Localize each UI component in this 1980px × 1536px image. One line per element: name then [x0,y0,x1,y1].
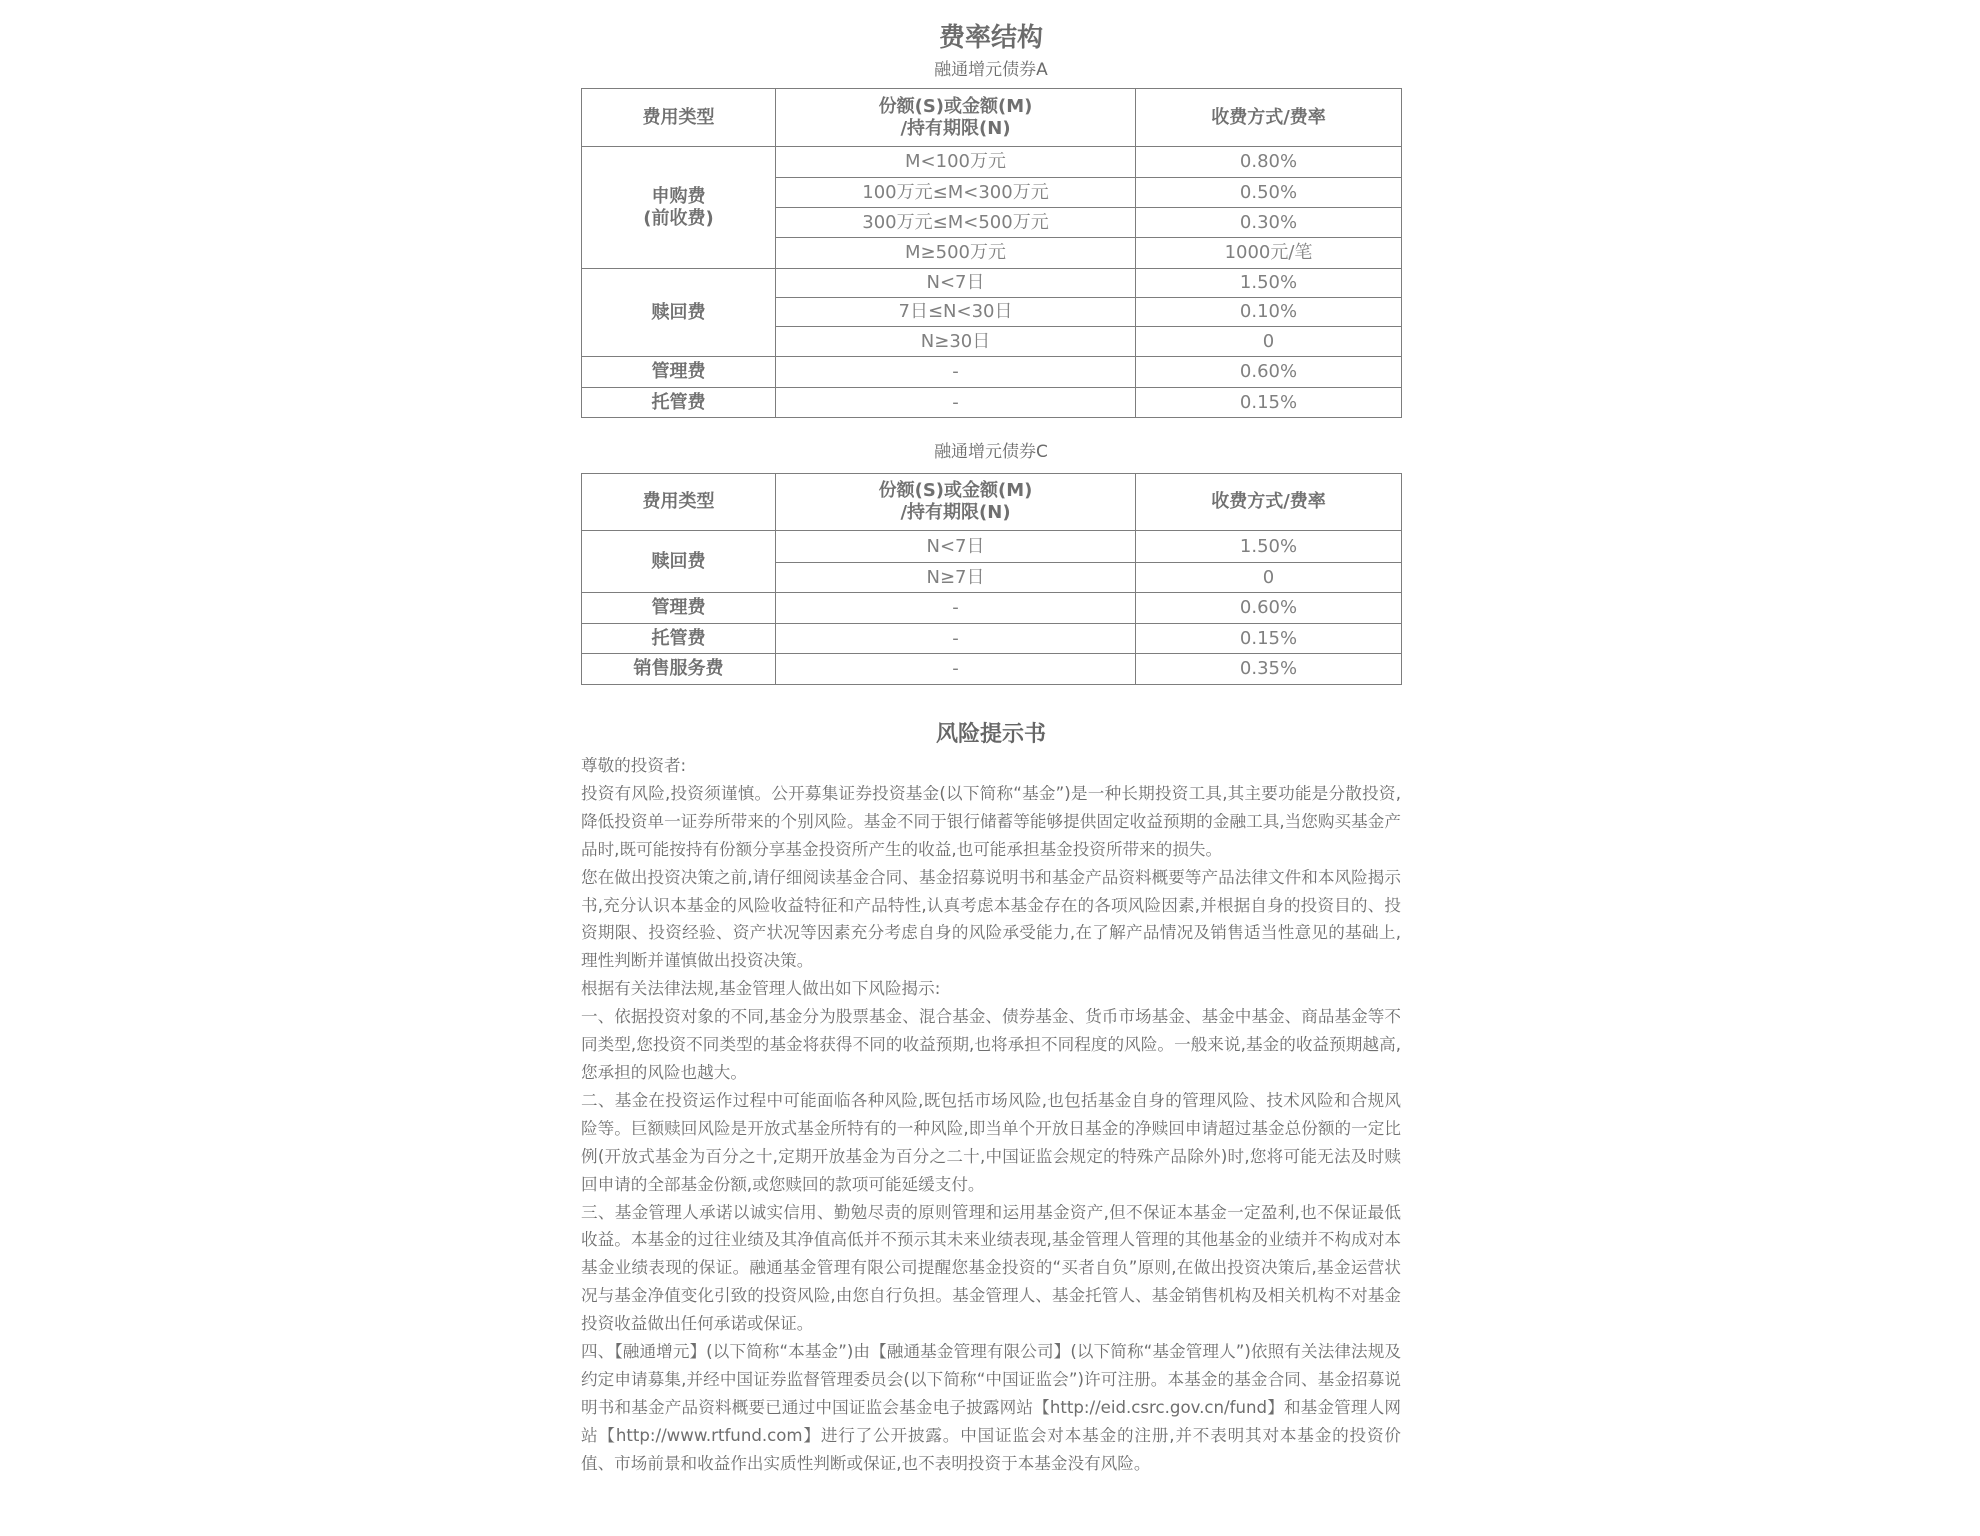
risk-paragraph-lead: 根据有关法律法规,基金管理人做出如下风险揭示: [581,975,1401,1003]
risk-paragraph-3: 三、基金管理人承诺以诚实信用、勤勉尽责的原则管理和运用基金资产,但不保证本基金一… [581,1199,1401,1339]
range-cell: - [776,357,1136,388]
fee-type-label: 申购费 [582,186,775,208]
fee-type-subscription: 申购费 (前收费) [582,147,776,269]
range-cell: 300万元≤M<500万元 [776,208,1136,238]
header-fee-type: 费用类型 [582,89,776,147]
header-range-line1: 份额(S)或金额(M) [776,96,1135,118]
range-cell: - [776,388,1136,418]
range-cell: - [776,593,1136,624]
fee-type-sublabel: (前收费) [582,208,775,230]
header-fee-type: 费用类型 [582,474,776,531]
header-rate: 收费方式/费率 [1136,474,1402,531]
rate-cell: 1.50% [1136,531,1402,563]
table-row: 托管费 - 0.15% [582,624,1402,654]
risk-paragraph-intro: 投资有风险,投资须谨慎。公开募集证券投资基金(以下简称“基金”)是一种长期投资工… [581,780,1401,864]
rate-cell: 0 [1136,327,1402,357]
rate-cell: 0.50% [1136,178,1402,208]
table-row: 赎回费 N<7日 1.50% [582,531,1402,563]
range-cell: M<100万元 [776,147,1136,178]
fee-type-redemption: 赎回费 [582,531,776,593]
header-rate: 收费方式/费率 [1136,89,1402,147]
fee-type-sales-service: 销售服务费 [582,654,776,685]
table-header-row: 费用类型 份额(S)或金额(M) /持有期限(N) 收费方式/费率 [582,89,1402,147]
table-row: 管理费 - 0.60% [582,593,1402,624]
fee-table-a: 费用类型 份额(S)或金额(M) /持有期限(N) 收费方式/费率 申购费 (前… [581,88,1402,418]
rate-cell: 1.50% [1136,269,1402,298]
rate-cell: 0.35% [1136,654,1402,685]
salutation: 尊敬的投资者: [581,752,1401,780]
range-cell: N<7日 [776,269,1136,298]
fee-type-custody: 托管费 [582,388,776,418]
rate-cell: 0.60% [1136,593,1402,624]
rate-cell: 0.15% [1136,388,1402,418]
range-cell: - [776,654,1136,685]
header-range-line2: /持有期限(N) [776,502,1135,524]
risk-paragraph-4: 四、【融通增元】(以下简称“本基金”)由【融通基金管理有限公司】(以下简称“基金… [581,1338,1401,1478]
range-cell: - [776,624,1136,654]
risk-paragraph-advice: 您在做出投资决策之前,请仔细阅读基金合同、基金招募说明书和基金产品资料概要等产品… [581,864,1401,976]
rate-cell: 0 [1136,563,1402,593]
header-range: 份额(S)或金额(M) /持有期限(N) [776,474,1136,531]
header-range: 份额(S)或金额(M) /持有期限(N) [776,89,1136,147]
rate-cell: 0.15% [1136,624,1402,654]
rate-cell: 0.10% [1136,298,1402,327]
rate-cell: 1000元/笔 [1136,238,1402,269]
header-range-line2: /持有期限(N) [776,118,1135,140]
risk-paragraph-1: 一、依据投资对象的不同,基金分为股票基金、混合基金、债券基金、货币市场基金、基金… [581,1003,1401,1087]
range-cell: N≥30日 [776,327,1136,357]
range-cell: N≥7日 [776,563,1136,593]
range-cell: 7日≤N<30日 [776,298,1136,327]
table-header-row: 费用类型 份额(S)或金额(M) /持有期限(N) 收费方式/费率 [582,474,1402,531]
fee-structure-title: 费率结构 [581,20,1401,56]
risk-paragraph-2: 二、基金在投资运作过程中可能面临各种风险,既包括市场风险,也包括基金自身的管理风… [581,1087,1401,1199]
fee-type-custody: 托管费 [582,624,776,654]
table-row: 销售服务费 - 0.35% [582,654,1402,685]
fund-c-subtitle: 融通增元债券C [581,440,1401,464]
table-row: 管理费 - 0.60% [582,357,1402,388]
risk-disclosure-title: 风险提示书 [581,718,1401,752]
rate-cell: 0.80% [1136,147,1402,178]
range-cell: N<7日 [776,531,1136,563]
fee-type-management: 管理费 [582,593,776,624]
fund-a-subtitle: 融通增元债券A [581,58,1401,82]
table-row: 托管费 - 0.15% [582,388,1402,418]
range-cell: M≥500万元 [776,238,1136,269]
fee-type-management: 管理费 [582,357,776,388]
header-range-line1: 份额(S)或金额(M) [776,480,1135,502]
range-cell: 100万元≤M<300万元 [776,178,1136,208]
fee-type-redemption: 赎回费 [582,269,776,357]
table-row: 赎回费 N<7日 1.50% [582,269,1402,298]
table-row: 申购费 (前收费) M<100万元 0.80% [582,147,1402,178]
fee-table-c: 费用类型 份额(S)或金额(M) /持有期限(N) 收费方式/费率 赎回费 N<… [581,473,1402,685]
rate-cell: 0.30% [1136,208,1402,238]
rate-cell: 0.60% [1136,357,1402,388]
risk-disclosure-body: 尊敬的投资者: 投资有风险,投资须谨慎。公开募集证券投资基金(以下简称“基金”)… [581,752,1401,1478]
